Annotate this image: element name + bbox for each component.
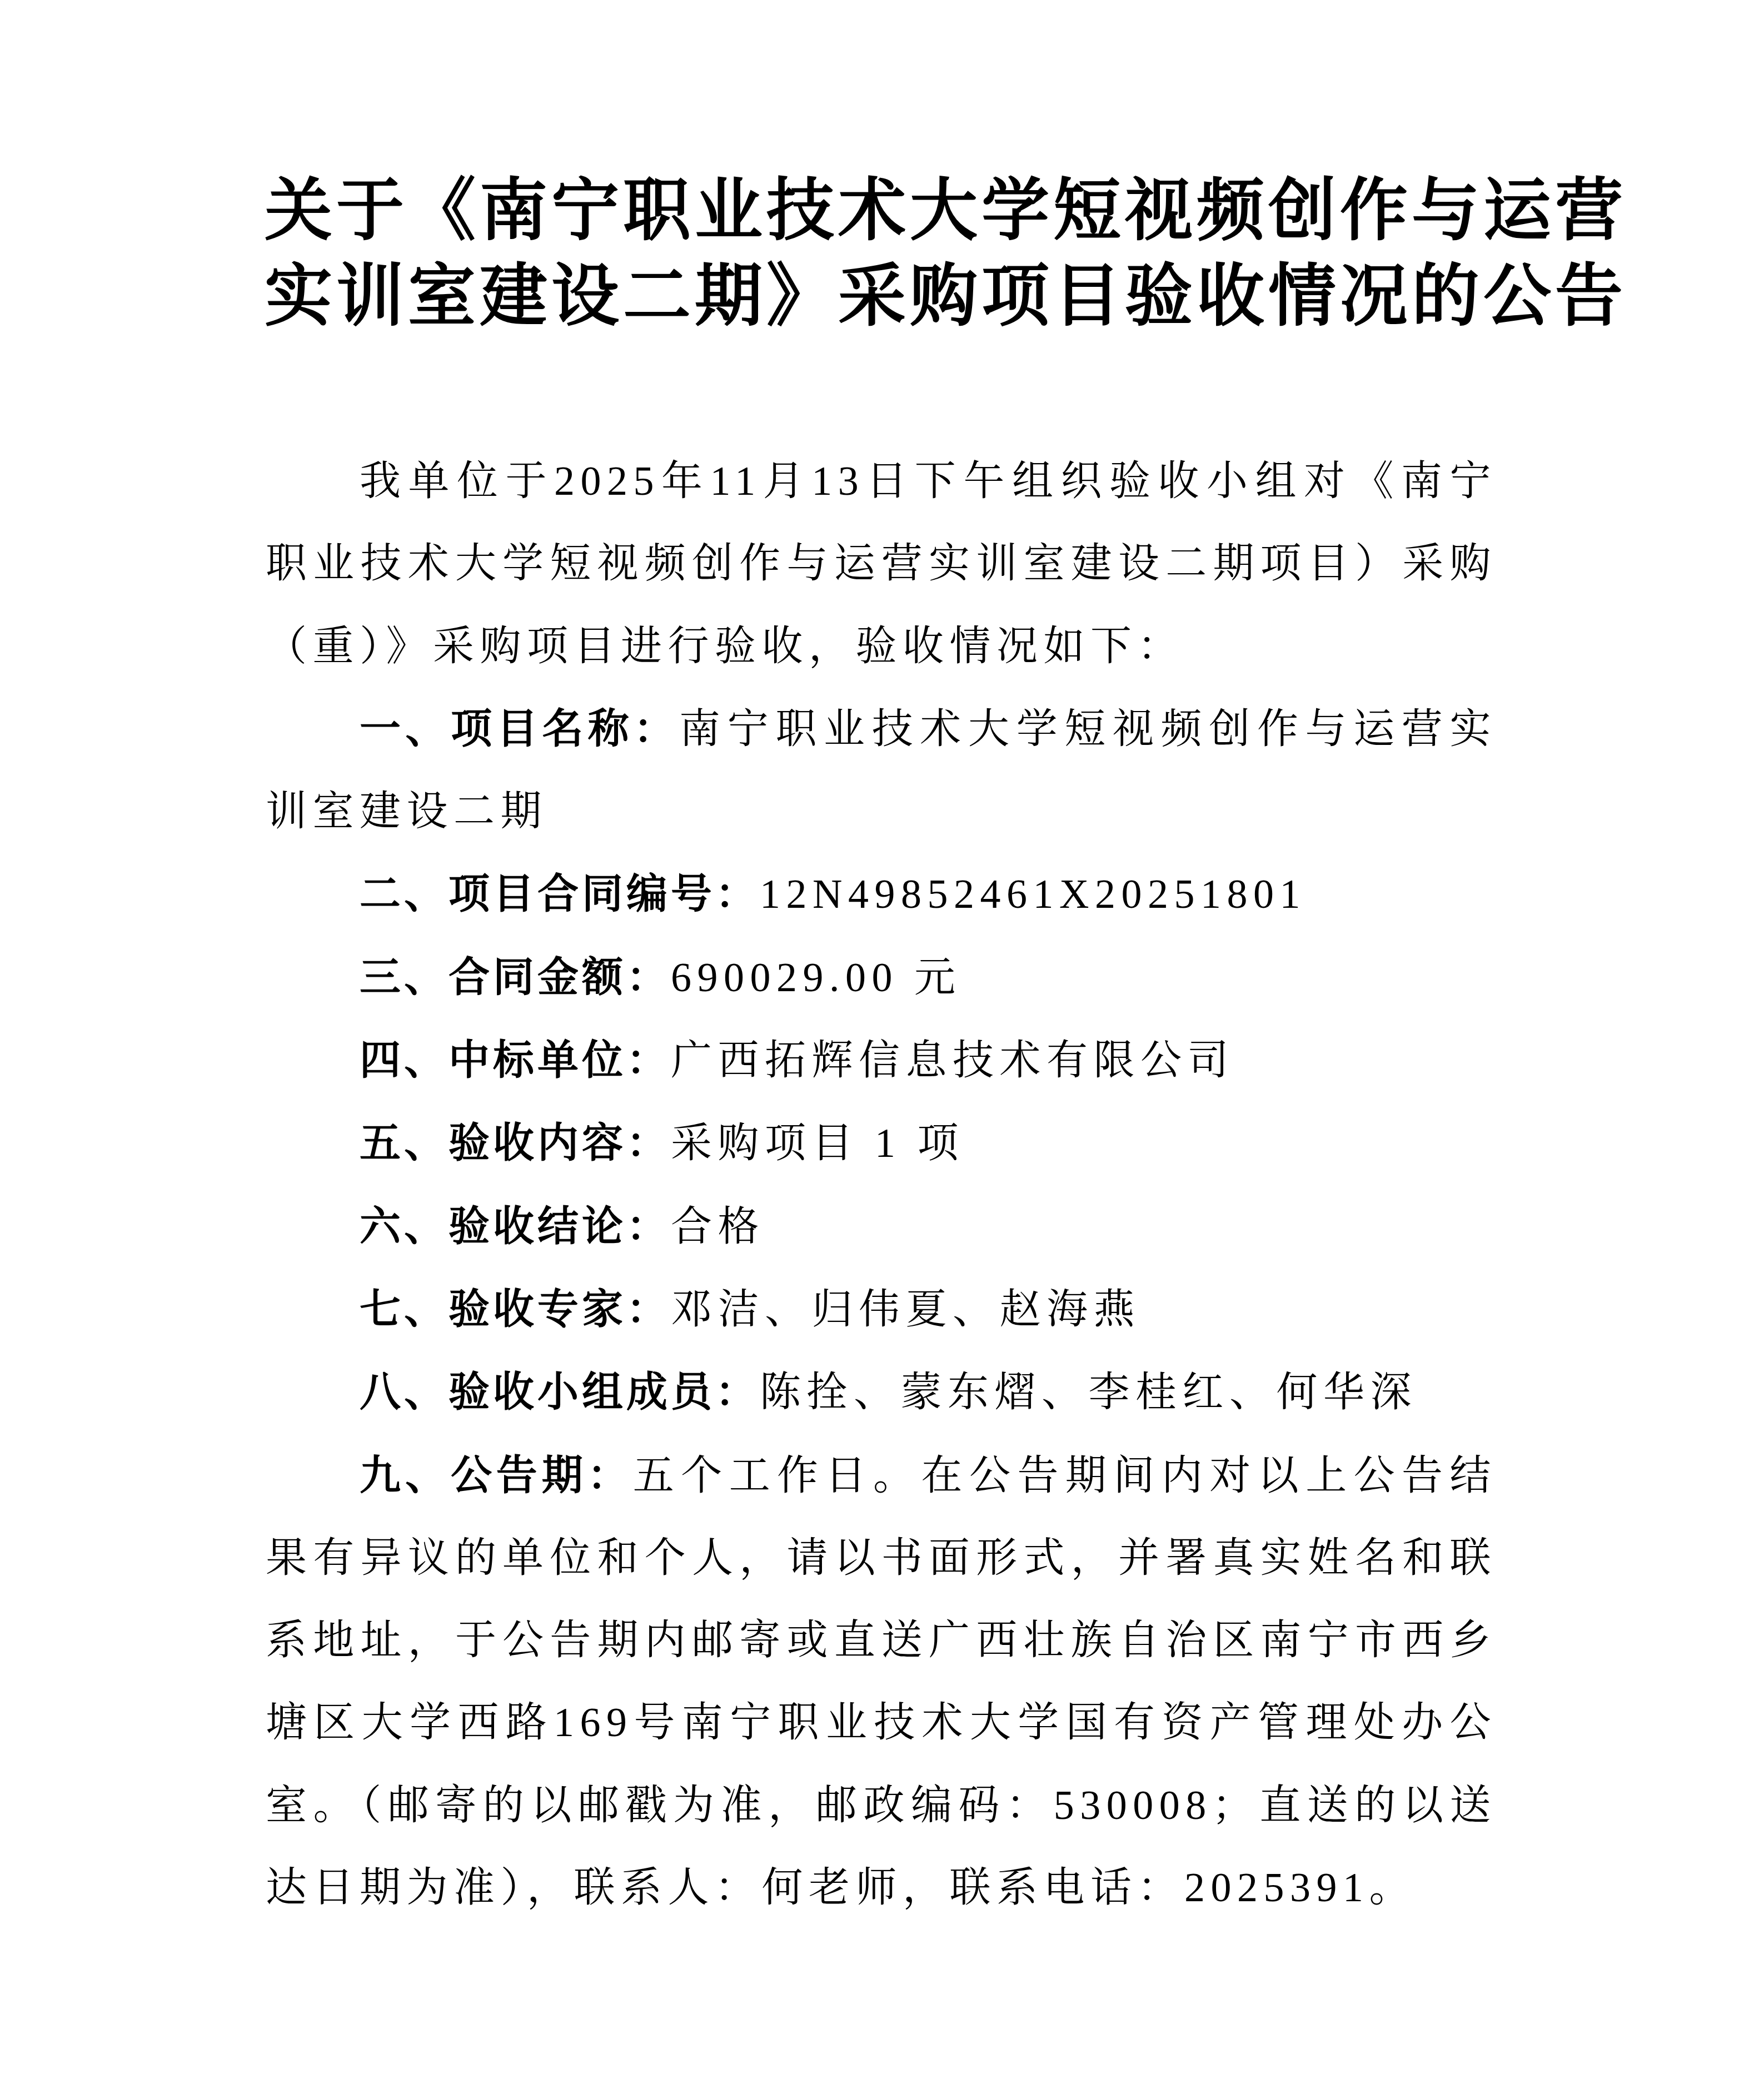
item-label: 五、验收内容： xyxy=(360,1119,671,1167)
item-label: 一、项目名称： xyxy=(360,705,679,753)
item-value: 12N49852461X20251801 xyxy=(760,872,1306,917)
title-line-1: 关于《南宁职业技术大学短视频创作与运营 xyxy=(265,167,1493,252)
item-label: 七、验收专家： xyxy=(360,1285,671,1333)
item-contract-amount: 三、合同金额：690029.00 元 xyxy=(266,936,1497,1019)
item-label: 二、项目合同编号： xyxy=(360,870,760,918)
intro-paragraph: 我单位于2025年11月13日下午组织验收小组对《南宁职业技术大学短视频创作与运… xyxy=(266,440,1497,688)
item-value: 五个工作日。在公告期间内对以上公告结果有异议的单位和个人，请以书面形式，并署真实… xyxy=(266,1453,1497,1911)
item-acceptance-experts: 七、验收专家：邓洁、归伟夏、赵海燕 xyxy=(266,1268,1497,1351)
item-notice-period: 九、公告期：五个工作日。在公告期间内对以上公告结果有异议的单位和个人，请以书面形… xyxy=(266,1434,1497,1930)
item-label: 六、验收结论： xyxy=(360,1202,671,1250)
item-label: 三、合同金额： xyxy=(360,953,671,1001)
item-label: 九、公告期： xyxy=(360,1451,633,1499)
document-page: 关于《南宁职业技术大学短视频创作与运营 实训室建设二期》采购项目验收情况的公告 … xyxy=(0,0,1764,2083)
announcement-body: 我单位于2025年11月13日下午组织验收小组对《南宁职业技术大学短视频创作与运… xyxy=(266,440,1497,1929)
item-value: 合格 xyxy=(671,1204,765,1250)
item-label: 四、中标单位： xyxy=(360,1036,671,1084)
item-value: 690029.00 元 xyxy=(671,955,961,1001)
item-project-name: 一、项目名称：南宁职业技术大学短视频创作与运营实训室建设二期 xyxy=(266,688,1497,853)
item-contract-number: 二、项目合同编号：12N49852461X20251801 xyxy=(266,853,1497,936)
announcement-title: 关于《南宁职业技术大学短视频创作与运营 实训室建设二期》采购项目验收情况的公告 xyxy=(265,167,1493,338)
title-line-2: 实训室建设二期》采购项目验收情况的公告 xyxy=(265,252,1493,338)
item-value: 采购项目 1 项 xyxy=(671,1121,964,1166)
item-value: 广西拓辉信息技术有限公司 xyxy=(671,1038,1234,1083)
item-acceptance-members: 八、验收小组成员：陈拴、蒙东熠、李桂红、何华深 xyxy=(266,1351,1497,1434)
item-value: 陈拴、蒙东熠、李桂红、何华深 xyxy=(760,1370,1417,1415)
item-acceptance-conclusion: 六、验收结论：合格 xyxy=(266,1185,1497,1268)
item-winning-bidder: 四、中标单位：广西拓辉信息技术有限公司 xyxy=(266,1019,1497,1102)
item-acceptance-content: 五、验收内容：采购项目 1 项 xyxy=(266,1102,1497,1185)
item-value: 邓洁、归伟夏、赵海燕 xyxy=(671,1287,1140,1333)
item-label: 八、验收小组成员： xyxy=(360,1368,760,1416)
